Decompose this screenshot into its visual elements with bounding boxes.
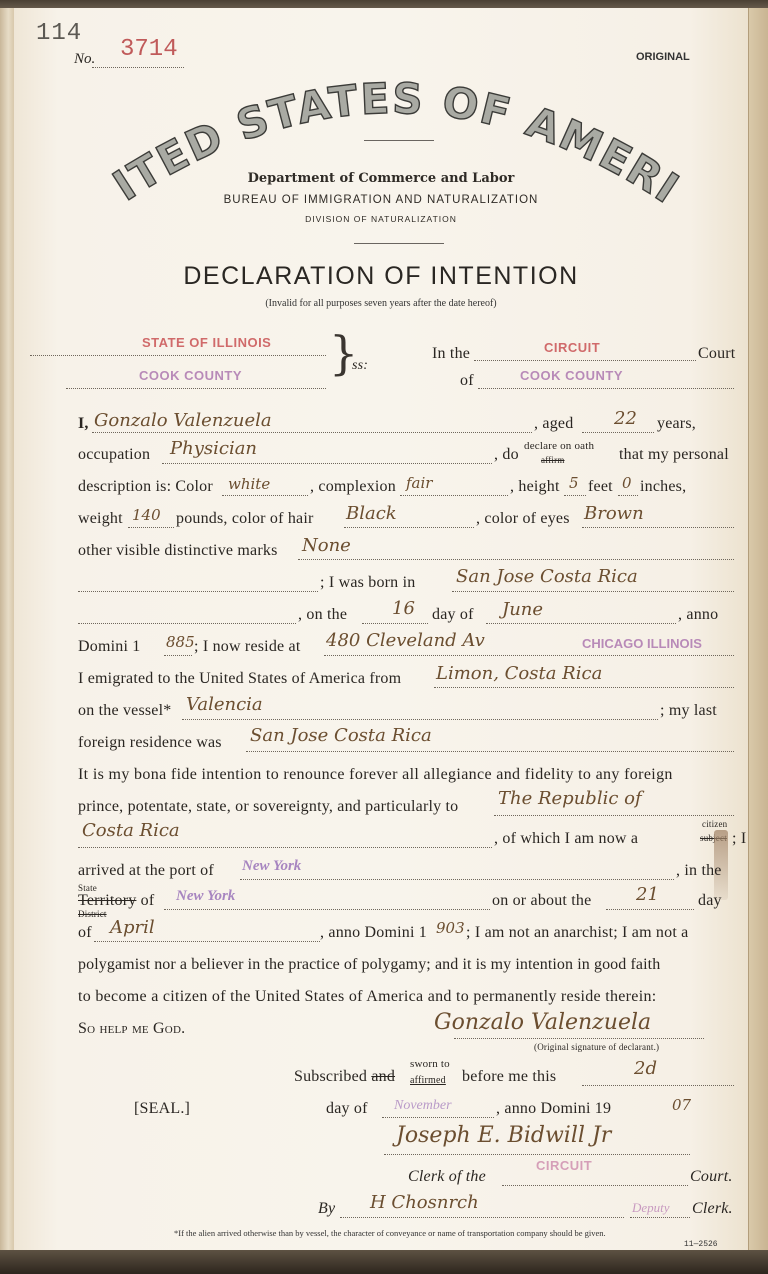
- state-stamp: STATE OF ILLINOIS: [142, 335, 271, 350]
- arrival-day-line: [606, 909, 694, 910]
- height-feet-field[interactable]: 5: [569, 474, 579, 492]
- deputy-signature-line: [340, 1217, 624, 1218]
- territory-option-struck: Territory: [78, 892, 136, 909]
- anno-domini-label: , anno Domini 1: [320, 924, 427, 942]
- eyes-label: , color of eyes: [476, 510, 570, 528]
- jurat-anno-label: , anno Domini 19: [496, 1100, 611, 1118]
- divider-rule-top: [364, 140, 434, 141]
- sworn-to-label: sworn to: [410, 1060, 450, 1069]
- court-county-stamp: COOK COUNTY: [520, 368, 623, 383]
- hair-line: [344, 527, 474, 528]
- birth-day-line: [362, 623, 428, 624]
- polygamy-text: polygamist nor a believer in the practic…: [78, 956, 660, 974]
- division-heading: DIVISION OF NATURALIZATION: [14, 214, 748, 224]
- of-label: of: [460, 372, 474, 390]
- renounce-text-line2: prince, potentate, state, or sovereignty…: [78, 798, 458, 816]
- arrival-month-line: [94, 941, 320, 942]
- jurat-day-of-label: day of: [326, 1100, 368, 1118]
- in-the-label-2: , in the: [676, 862, 722, 880]
- so-help-me-god: So help me God.: [78, 1020, 185, 1038]
- birthplace-line: [452, 591, 734, 592]
- of-label-2: of: [141, 892, 155, 909]
- arched-title-united-states-of-america: UNITED STATES OF AMERICA: [104, 78, 684, 208]
- do-label: , do: [494, 446, 519, 464]
- department-heading: Department of Commerce and Labor: [14, 171, 748, 186]
- aged-label: , aged: [534, 415, 573, 433]
- vessel-footnote: *If the alien arrived otherwise than by …: [174, 1228, 606, 1238]
- age-line: [582, 432, 654, 433]
- and-label: and: [371, 1068, 395, 1085]
- court-type-stamp: CIRCUIT: [544, 340, 600, 355]
- which-label: , of which I am now a: [494, 830, 638, 848]
- complexion-field[interactable]: fair: [406, 474, 432, 492]
- about-label: on or about the: [492, 892, 591, 910]
- vessel-label: on the vessel*: [78, 702, 171, 720]
- jurat-month-line: [382, 1117, 494, 1118]
- court-label-jurat: Court.: [690, 1168, 733, 1186]
- on-the-label: , on the: [298, 606, 347, 624]
- clerk-court-line: [502, 1185, 688, 1186]
- cert-no-line: [92, 67, 184, 68]
- occupation-field[interactable]: Physician: [170, 438, 257, 459]
- anarchist-label: ; I am not an anarchist; I am not a: [466, 924, 688, 942]
- jurat-day-line: [582, 1085, 734, 1086]
- emigrated-from-line: [434, 687, 734, 688]
- book-page-edge-left: [0, 8, 15, 1252]
- deputy-signature: H Chosnrch: [370, 1192, 479, 1213]
- complexion-line: [400, 495, 508, 496]
- deputy-stamp: Deputy: [632, 1200, 670, 1216]
- inches-line: [618, 495, 638, 496]
- district-option-struck: District: [78, 910, 107, 919]
- foreign-residence-field[interactable]: San Jose Costa Rica: [250, 725, 432, 746]
- sovereign-field-1[interactable]: The Republic of: [498, 788, 642, 809]
- declarant-signature: Gonzalo Valenzuela: [434, 1010, 651, 1035]
- jurat-month-stamp[interactable]: November: [394, 1098, 452, 1114]
- arrival-month-field[interactable]: April: [110, 917, 155, 938]
- name-line: [92, 432, 532, 433]
- port-stamp[interactable]: New York: [242, 858, 301, 875]
- form-title: DECLARATION OF INTENTION: [14, 262, 748, 291]
- marks-line: [298, 559, 734, 560]
- by-label: By: [318, 1200, 335, 1218]
- sovereign-field-2[interactable]: Costa Rica: [82, 820, 180, 841]
- vessel-line: [182, 719, 658, 720]
- county-stamp: COOK COUNTY: [139, 368, 242, 383]
- arrival-year-field[interactable]: 903: [436, 919, 465, 937]
- residence-field[interactable]: 480 Cleveland Av: [326, 630, 485, 651]
- svg-text:UNITED STATES OF AMERICA: UNITED STATES OF AMERICA: [104, 78, 684, 208]
- clerk-label: Clerk.: [692, 1200, 733, 1218]
- i-end-label: ; I: [732, 830, 746, 848]
- occupation-line: [162, 463, 492, 464]
- citizen-intent-text: to become a citizen of the United States…: [78, 988, 657, 1006]
- declare-on-oath-label: declare on oath: [524, 442, 594, 451]
- occupation-label: occupation: [78, 446, 150, 464]
- of-label-3: of: [78, 924, 92, 942]
- county-line: [66, 388, 326, 389]
- declaration-page: 114 No. 3714 ORIGINAL UNITED STATES OF A…: [14, 8, 748, 1250]
- residence-line: [324, 655, 734, 656]
- citizen-label: citizen: [702, 820, 727, 829]
- court-county-line: [478, 388, 734, 389]
- in-the-label: In the: [432, 345, 470, 363]
- court-type-line: [474, 360, 696, 361]
- my-last-label: ; my last: [660, 702, 717, 720]
- jurat-day-field[interactable]: 2d: [634, 1058, 657, 1079]
- birth-day-field[interactable]: 16: [392, 598, 415, 619]
- bureau-heading: BUREAU OF IMMIGRATION AND NATURALIZATION: [14, 194, 748, 206]
- eye-color-field[interactable]: Brown: [584, 503, 644, 524]
- distinctive-marks-field[interactable]: None: [302, 535, 351, 556]
- sovereign-line-2: [78, 847, 492, 848]
- day-label: day: [698, 892, 722, 910]
- affirm-label-struck: affirm: [541, 456, 565, 465]
- original-label: ORIGINAL: [636, 51, 690, 63]
- seal-label: [SEAL.]: [134, 1100, 190, 1118]
- feet-line: [564, 495, 586, 496]
- marks-continued-line: [78, 591, 318, 592]
- feet-label: feet: [588, 478, 613, 496]
- before-me-label: before me this: [462, 1068, 556, 1086]
- birth-month-field[interactable]: June: [502, 599, 543, 620]
- color-line: [222, 495, 308, 496]
- sovereign-line-1: [494, 815, 734, 816]
- personal-label: that my personal: [619, 446, 729, 464]
- weight-line: [128, 527, 174, 528]
- ledger-number: 114: [36, 20, 82, 47]
- signature-caption: (Original signature of declarant.): [534, 1042, 659, 1052]
- reside-label: ; I now reside at: [194, 638, 300, 656]
- clerk-court-stamp: CIRCUIT: [536, 1158, 592, 1173]
- clerk-signature-line: [384, 1154, 690, 1155]
- emigrated-label: I emigrated to the United States of Amer…: [78, 670, 401, 688]
- affirmed-label: affirmed: [410, 1076, 446, 1085]
- color-field[interactable]: white: [228, 475, 270, 493]
- declarant-name-field[interactable]: Gonzalo Valenzuela: [94, 410, 272, 431]
- domini-label: Domini 1: [78, 638, 141, 656]
- state-line: [30, 355, 326, 356]
- foreign-residence-label: foreign residence was: [78, 734, 222, 752]
- height-inches-field[interactable]: 0: [622, 474, 632, 492]
- anno-label: , anno: [678, 606, 718, 624]
- i-label: I,: [78, 415, 89, 433]
- hair-color-field[interactable]: Black: [346, 503, 397, 524]
- pounds-label: pounds, color of hair: [176, 510, 314, 528]
- clerk-signature: Joseph E. Bidwill Jr: [396, 1123, 611, 1148]
- port-line: [240, 879, 674, 880]
- court-label: Court: [698, 345, 735, 363]
- arrival-day-field[interactable]: 21: [636, 884, 659, 905]
- marks-label: other visible distinctive marks: [78, 542, 278, 560]
- description-label: description is: Color: [78, 478, 213, 496]
- arrived-label: arrived at the port of: [78, 862, 214, 880]
- divider-rule-bottom: [354, 243, 444, 244]
- arrival-state-stamp[interactable]: New York: [176, 888, 235, 905]
- vessel-field[interactable]: Valencia: [186, 694, 263, 715]
- subscribed-label: Subscribed: [294, 1068, 367, 1085]
- renounce-text-line1: It is my bona fide intention to renounce…: [78, 766, 673, 784]
- birthplace-continued-line: [78, 623, 296, 624]
- deputy-title-line: [630, 1217, 690, 1218]
- years-label: years,: [657, 415, 696, 433]
- complexion-label: , complexion: [310, 478, 396, 496]
- jurat-year-field[interactable]: 07: [672, 1096, 691, 1114]
- birth-year-field[interactable]: 885: [166, 633, 195, 651]
- form-number: 11—2526: [684, 1240, 718, 1249]
- day-of-label: day of: [432, 606, 474, 624]
- foreign-residence-line: [246, 751, 734, 752]
- eyes-line: [582, 527, 734, 528]
- clerk-of-the-label: Clerk of the: [408, 1168, 486, 1186]
- weight-field[interactable]: 140: [132, 506, 161, 524]
- height-label: , height: [510, 478, 560, 496]
- emigrated-from-field[interactable]: Limon, Costa Rica: [436, 663, 602, 684]
- arrival-state-line: [164, 909, 490, 910]
- weight-label: weight: [78, 510, 123, 528]
- birth-month-line: [486, 623, 676, 624]
- book-page-edge-right: [748, 8, 768, 1252]
- inches-label: inches,: [640, 478, 686, 496]
- birth-year-line: [164, 655, 192, 656]
- validity-note: (Invalid for all purposes seven years af…: [14, 298, 748, 309]
- birthplace-field[interactable]: San Jose Costa Rica: [456, 566, 638, 587]
- book-binding-bottom: [0, 1250, 768, 1274]
- born-label: ; I was born in: [320, 574, 415, 592]
- cert-no-label: No.: [74, 51, 95, 68]
- ss-label: ss:: [352, 358, 368, 374]
- age-field[interactable]: 22: [614, 408, 637, 429]
- signature-line: [454, 1038, 704, 1039]
- residence-city-stamp: CHICAGO ILLINOIS: [582, 636, 702, 651]
- certificate-number: 3714: [120, 36, 178, 63]
